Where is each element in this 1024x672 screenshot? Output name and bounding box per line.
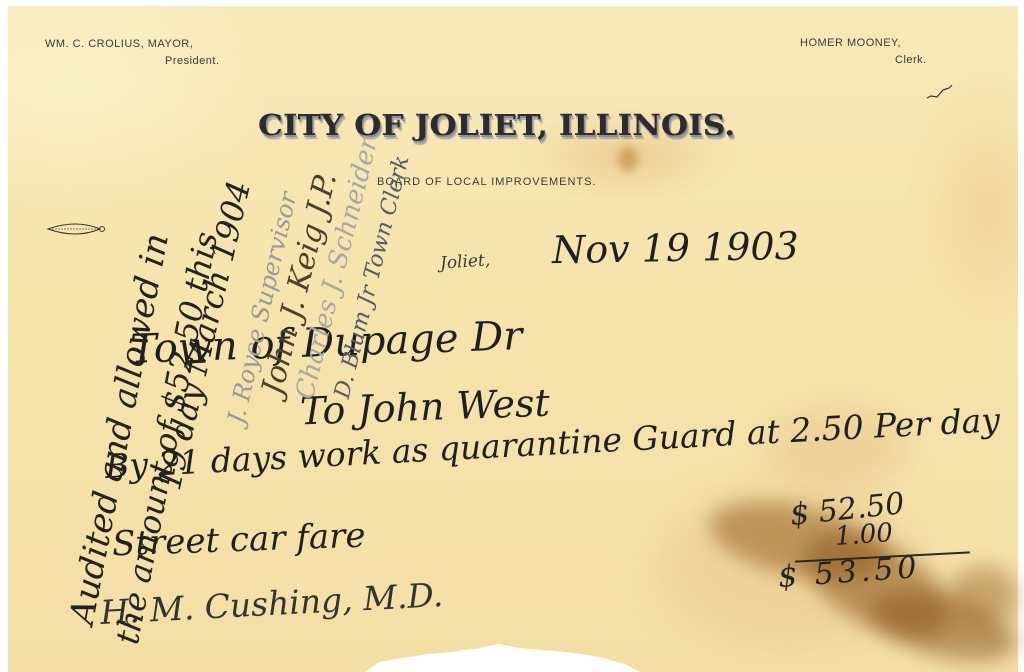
stain bbox=[618, 146, 638, 172]
check-mark-icon bbox=[925, 82, 955, 102]
printed-ornament-icon bbox=[46, 221, 106, 237]
letterhead-mayor-title: President. bbox=[165, 55, 220, 67]
masthead-title: CITY OF JOLIET, ILLINOIS. bbox=[258, 108, 735, 142]
place-label: Joliet, bbox=[439, 250, 491, 273]
letterhead-clerk-title: Clerk. bbox=[895, 54, 927, 66]
letterhead-clerk: HOMER MOONEY, bbox=[800, 37, 901, 49]
letterhead-mayor: WM. C. CROLIUS, MAYOR, bbox=[45, 38, 193, 50]
stain bbox=[948, 566, 1018, 626]
invoice-date: Nov 19 1903 bbox=[552, 224, 800, 272]
department-name: BOARD OF LOCAL IMPROVEMENTS. bbox=[377, 176, 597, 188]
line-item-amount: 1.00 bbox=[834, 518, 894, 552]
